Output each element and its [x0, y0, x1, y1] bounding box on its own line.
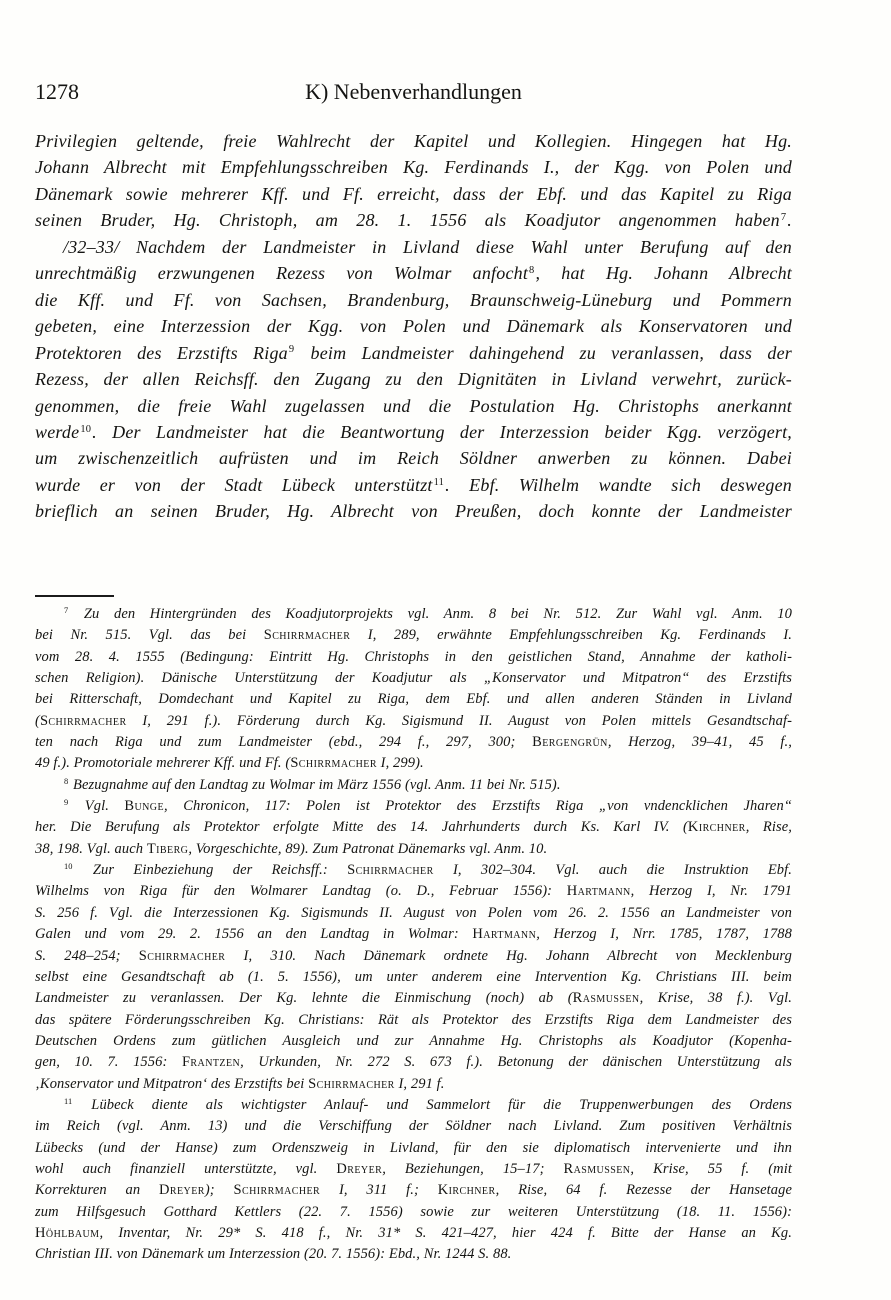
paragraph: Privilegien geltende, freie Wahlrecht de…: [35, 128, 792, 234]
footnote-line: Landmeister zu veranlassen. Der Kg. lehn…: [35, 988, 792, 1009]
author-name-smallcaps: Hartmann: [567, 883, 631, 899]
footnote-line: 11 Lübeck diente als wichtigster Anlauf-…: [35, 1095, 792, 1116]
author-name-smallcaps: Kirchner: [438, 1182, 496, 1198]
footnote-marker: 7: [780, 212, 787, 223]
body-text-line: Johann Albrecht mit Empfehlungsschreiben…: [35, 154, 792, 180]
footnote-marker: 9: [288, 344, 295, 355]
author-name-smallcaps: Tiberg: [147, 841, 188, 857]
body-text: Privilegien geltende, freie Wahlrecht de…: [35, 128, 792, 525]
footnote-line: Deutschen Ordens zum gütlichen Ausgleich…: [35, 1031, 792, 1052]
footnote-line: Wilhelms von Riga für den Wolmarer Landt…: [35, 881, 792, 902]
body-text-line: genommen, die freie Wahl zugelassen und …: [35, 393, 792, 419]
footnote-marker: 9: [63, 798, 69, 807]
body-text-line: Protektoren des Erzstifts Riga9 beim Lan…: [35, 340, 792, 366]
footnote-marker: 11: [433, 477, 445, 488]
author-name-smallcaps: Rasmussen: [573, 990, 640, 1006]
footnote-line: 8 Bezugnahme auf den Landtag zu Wolmar i…: [35, 775, 792, 796]
footnote-line: Galen und vom 29. 2. 1556 an den Landtag…: [35, 924, 792, 945]
footnote-line: her. Die Berufung als Protektor erfolgte…: [35, 817, 792, 838]
body-text-line: brieflich an seinen Bruder, Hg. Albrecht…: [35, 498, 792, 524]
footnote-line: schen Religion). Dänische Unterstützung …: [35, 668, 792, 689]
footnote-line: selbst eine Gesandtschaft ab (1. 5. 1556…: [35, 967, 792, 988]
footnote-line: wohl auch finanziell unterstützte, vgl. …: [35, 1159, 792, 1180]
section-title: K) Nebenverhandlungen: [35, 79, 792, 105]
footnote-10: 10 Zur Einbeziehung der Reichsff.: Schir…: [35, 860, 792, 1095]
page-number: 1278: [35, 79, 79, 105]
paragraph: /32–33/ Nachdem der Landmeister in Livla…: [35, 234, 792, 525]
author-name-smallcaps: Rasmussen: [563, 1161, 630, 1177]
body-text-line: werde10. Der Landmeister hat die Beantwo…: [35, 419, 792, 445]
footnote-8: 8 Bezugnahme auf den Landtag zu Wolmar i…: [35, 775, 792, 796]
author-name-smallcaps: Höhlbaum: [35, 1225, 100, 1241]
body-text-line: gebeten, eine Interzession der Kgg. von …: [35, 313, 792, 339]
author-name-smallcaps: Schirrmacher: [308, 1076, 395, 1092]
author-name-smallcaps: Kirchner: [688, 819, 746, 835]
author-name-smallcaps: Schirrmacher: [40, 713, 127, 729]
author-name-smallcaps: Bunge: [124, 798, 164, 814]
footnote-marker: 8: [528, 265, 535, 276]
footnote-11: 11 Lübeck diente als wichtigster Anlauf-…: [35, 1095, 792, 1266]
footnote-marker: 8: [63, 777, 69, 786]
author-name-smallcaps: Dreyer: [159, 1182, 205, 1198]
footnote-line: 38, 198. Vgl. auch Tiberg, Vorgeschichte…: [35, 839, 792, 860]
author-name-smallcaps: Bergengrün: [532, 734, 608, 750]
author-name-smallcaps: Schirrmacher: [234, 1182, 321, 1198]
footnote-marker: 7: [63, 606, 69, 615]
footnote-line: Höhlbaum, Inventar, Nr. 29* S. 418 f., N…: [35, 1223, 792, 1244]
running-header: 1278 K) Nebenverhandlungen: [35, 79, 792, 105]
footnote-line: bei Ritterschaft, Domdechant und Kapitel…: [35, 689, 792, 710]
footnote-9: 9 Vgl. Bunge, Chronicon, 117: Polen ist …: [35, 796, 792, 860]
footnote-line: 49 f.). Promotoriale mehrerer Kff. und F…: [35, 753, 792, 774]
footnote-marker: 11: [63, 1097, 73, 1106]
footnotes-section: 7 Zu den Hintergründen des Koadjutorproj…: [35, 604, 792, 1266]
body-text-line: die Kff. und Ff. von Sachsen, Brandenbur…: [35, 287, 792, 313]
footnote-line: Christian III. von Dänemark um Interzess…: [35, 1244, 792, 1265]
footnote-line: ten nach Riga und zum Landmeister (ebd.,…: [35, 732, 792, 753]
footnote-line: (Schirrmacher I, 291 f.). Förderung durc…: [35, 711, 792, 732]
author-name-smallcaps: Schirrmacher: [139, 948, 226, 964]
footnote-separator: [35, 595, 114, 597]
footnote-marker: 10: [79, 424, 92, 435]
author-name-smallcaps: Schirrmacher: [264, 627, 351, 643]
footnote-line: 10 Zur Einbeziehung der Reichsff.: Schir…: [35, 860, 792, 881]
author-name-smallcaps: Schirrmacher: [290, 755, 377, 771]
footnote-line: gen, 10. 7. 1556: Frantzen, Urkunden, Nr…: [35, 1052, 792, 1073]
author-name-smallcaps: Dreyer: [336, 1161, 382, 1177]
author-name-smallcaps: Hartmann: [472, 926, 536, 942]
footnote-line: S. 256 f. Vgl. die Interzessionen Kg. Si…: [35, 903, 792, 924]
footnote-line: ‚Konservator und Mitpatron‘ des Erzstift…: [35, 1074, 792, 1095]
author-name-smallcaps: Schirrmacher: [347, 862, 434, 878]
footnote-line: Lübecks (und der Hanse) zum Ordenszweig …: [35, 1138, 792, 1159]
book-page: 1278 K) Nebenverhandlungen Privilegien g…: [0, 0, 891, 1300]
body-text-line: Rezess, der allen Reichsff. den Zugang z…: [35, 366, 792, 392]
author-name-smallcaps: Frantzen: [182, 1054, 240, 1070]
body-text-line: /32–33/ Nachdem der Landmeister in Livla…: [35, 234, 792, 260]
footnote-line: vom 28. 4. 1555 (Bedingung: Eintritt Hg.…: [35, 647, 792, 668]
footnote-line: im Reich (vgl. Anm. 13) und die Verschif…: [35, 1116, 792, 1137]
footnote-line: Korrekturen an Dreyer); Schirrmacher I, …: [35, 1180, 792, 1201]
footnote-line: das spätere Förderungsschreiben Kg. Chri…: [35, 1010, 792, 1031]
body-text-line: um zwischenzeitlich aufrüsten und im Rei…: [35, 445, 792, 471]
footnote-line: 9 Vgl. Bunge, Chronicon, 117: Polen ist …: [35, 796, 792, 817]
body-text-line: Dänemark sowie mehrerer Kff. und Ff. err…: [35, 181, 792, 207]
footnote-line: zum Hilfsgesuch Gotthard Kettlers (22. 7…: [35, 1202, 792, 1223]
footnote-line: S. 248–254; Schirrmacher I, 310. Nach Dä…: [35, 946, 792, 967]
footnote-marker: 10: [63, 862, 74, 871]
body-text-line: Privilegien geltende, freie Wahlrecht de…: [35, 128, 792, 154]
footnote-line: bei Nr. 515. Vgl. das bei Schirrmacher I…: [35, 625, 792, 646]
footnote-7: 7 Zu den Hintergründen des Koadjutorproj…: [35, 604, 792, 775]
body-text-line: unrechtmäßig erzwungenen Rezess von Wolm…: [35, 260, 792, 286]
body-text-line: seinen Bruder, Hg. Christoph, am 28. 1. …: [35, 207, 792, 233]
footnote-line: 7 Zu den Hintergründen des Koadjutorproj…: [35, 604, 792, 625]
body-text-line: wurde er von der Stadt Lübeck unterstütz…: [35, 472, 792, 498]
